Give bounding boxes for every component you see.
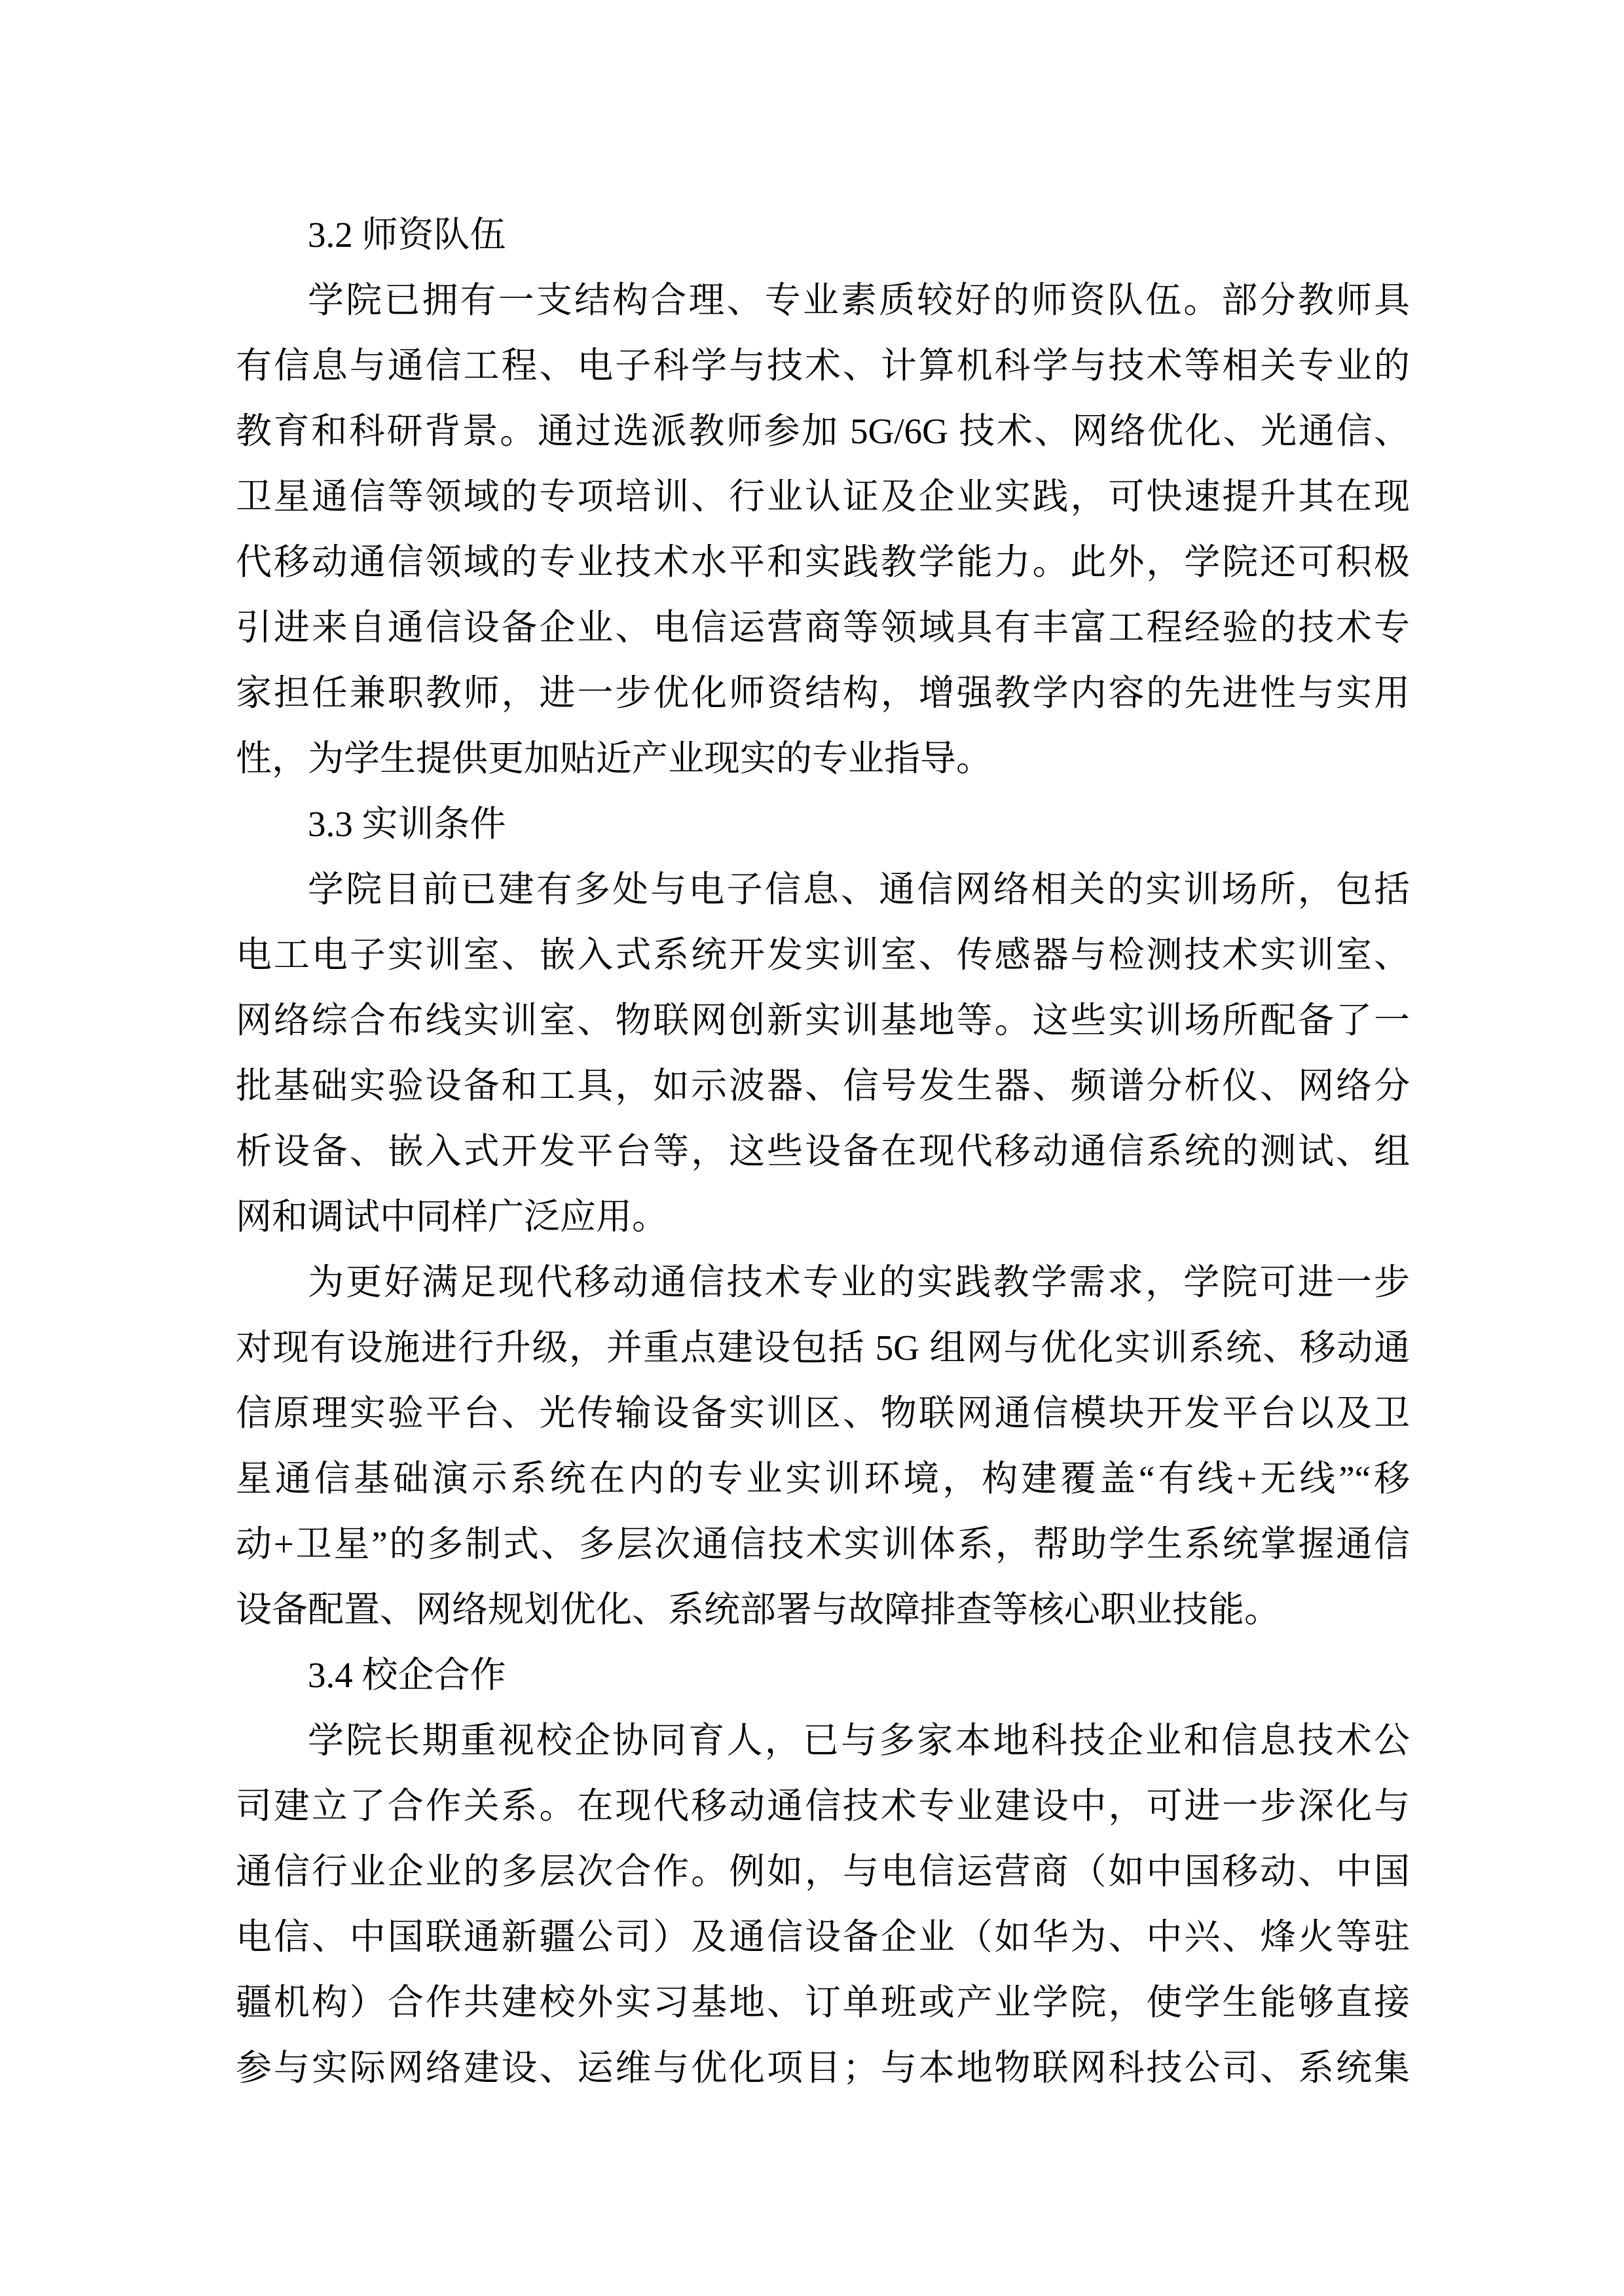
- paragraph-line: 通信行业企业的多层次合作。例如，与电信运营商（如中国移动、中国: [236, 1839, 1410, 1904]
- paragraph-line: 批基础实验设备和工具，如示波器、信号发生器、频谱分析仪、网络分: [236, 1053, 1410, 1119]
- paragraph-line: 司建立了合作关系。在现代移动通信技术专业建设中，可进一步深化与: [236, 1774, 1410, 1839]
- paragraph-line: 电信、中国联通新疆公司）及通信设备企业（如华为、中兴、烽火等驻: [236, 1904, 1410, 1970]
- section-heading: 3.2 师资队伍: [236, 202, 1410, 268]
- paragraph-line: 网络综合布线实训室、物联网创新实训基地等。这些实训场所配备了一: [236, 988, 1410, 1053]
- paragraph-line: 教育和科研背景。通过选派教师参加 5G/6G 技术、网络优化、光通信、: [236, 399, 1410, 464]
- document-page: 3.2 师资队伍学院已拥有一支结构合理、专业素质较好的师资队伍。部分教师具有信息…: [0, 0, 1624, 2296]
- text-column: 3.2 师资队伍学院已拥有一支结构合理、专业素质较好的师资队伍。部分教师具有信息…: [236, 202, 1410, 2101]
- paragraph-line: 卫星通信等领域的专项培训、行业认证及企业实践，可快速提升其在现: [236, 464, 1410, 530]
- paragraph-first-line: 为更好满足现代移动通信技术专业的实践教学需求，学院可进一步: [236, 1250, 1410, 1315]
- paragraph-line: 家担任兼职教师，进一步优化师资结构，增强教学内容的先进性与实用: [236, 661, 1410, 726]
- paragraph-line: 对现有设施进行升级，并重点建设包括 5G 组网与优化实训系统、移动通: [236, 1315, 1410, 1381]
- paragraph-first-line: 学院已拥有一支结构合理、专业素质较好的师资队伍。部分教师具: [236, 268, 1410, 333]
- paragraph-line: 引进来自通信设备企业、电信运营商等领域具有丰富工程经验的技术专: [236, 595, 1410, 661]
- paragraph-line: 星通信基础演示系统在内的专业实训环境，构建覆盖“有线+无线”“移: [236, 1446, 1410, 1512]
- paragraph-line: 电工电子实训室、嵌入式系统开发实训室、传感器与检测技术实训室、: [236, 922, 1410, 988]
- paragraph-line: 代移动通信领域的专业技术水平和实践教学能力。此外，学院还可积极: [236, 530, 1410, 595]
- section-heading: 3.4 校企合作: [236, 1643, 1410, 1708]
- paragraph-line: 析设备、嵌入式开发平台等，这些设备在现代移动通信系统的测试、组: [236, 1119, 1410, 1184]
- paragraph-first-line: 学院长期重视校企协同育人，已与多家本地科技企业和信息技术公: [236, 1708, 1410, 1774]
- paragraph-line: 动+卫星”的多制式、多层次通信技术实训体系，帮助学生系统掌握通信: [236, 1512, 1410, 1577]
- paragraph-line: 有信息与通信工程、电子科学与技术、计算机科学与技术等相关专业的: [236, 333, 1410, 399]
- paragraph-line: 疆机构）合作共建校外实习基地、订单班或产业学院，使学生能够直接: [236, 1970, 1410, 2035]
- paragraph-last-line: 设备配置、网络规划优化、系统部署与故障排查等核心职业技能。: [236, 1577, 1410, 1643]
- paragraph-line: 参与实际网络建设、运维与优化项目；与本地物联网科技公司、系统集: [236, 2035, 1410, 2101]
- section-heading: 3.3 实训条件: [236, 792, 1410, 857]
- paragraph-first-line: 学院目前已建有多处与电子信息、通信网络相关的实训场所，包括: [236, 857, 1410, 922]
- paragraph-last-line: 性，为学生提供更加贴近产业现实的专业指导。: [236, 726, 1410, 792]
- paragraph-last-line: 网和调试中同样广泛应用。: [236, 1184, 1410, 1250]
- paragraph-line: 信原理实验平台、光传输设备实训区、物联网通信模块开发平台以及卫: [236, 1381, 1410, 1446]
